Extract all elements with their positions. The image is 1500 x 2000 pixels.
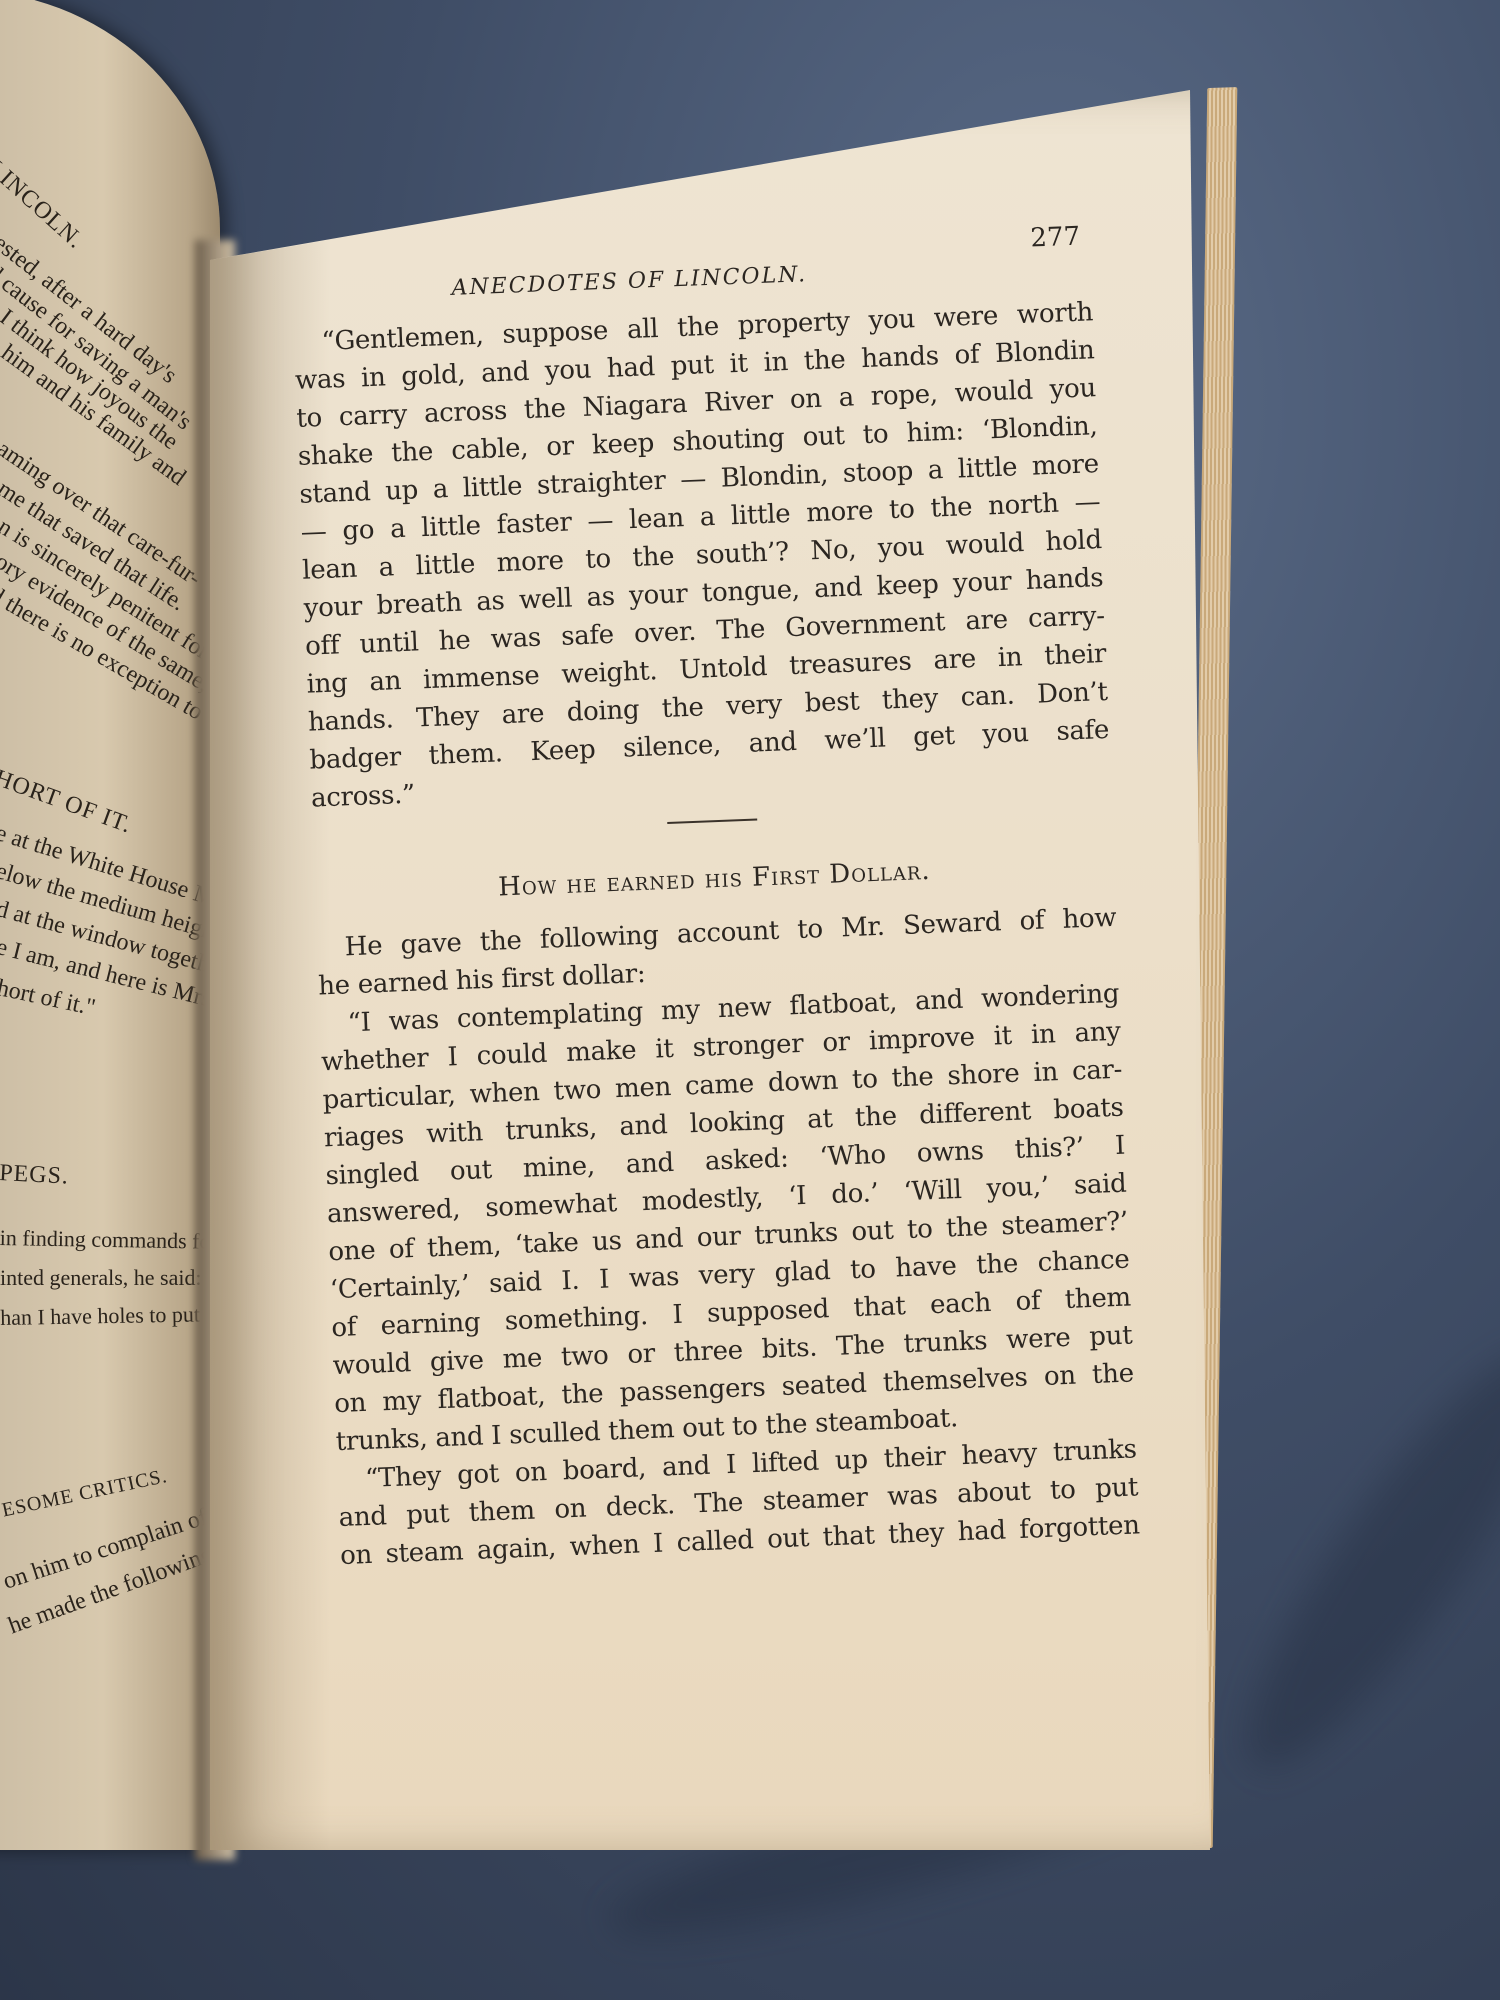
page-number: 277 [1030, 222, 1081, 254]
left-line: in finding commands for [0, 1225, 218, 1255]
cloth-fold [1207, 1321, 1500, 1799]
left-line: inted generals, he said: [0, 1265, 202, 1291]
section-body: He gave the following account to Mr. Sew… [316, 899, 1140, 1575]
running-head-title: ANECDOTES OF LINCOLN. [451, 262, 807, 301]
left-page: LINCOLN. rested, after a hard day's d ca… [0, 0, 220, 1850]
right-page-content: ANECDOTES OF LINCOLN. 277 “Gentlemen, su… [290, 219, 1140, 1575]
left-line: han I have holes to put [0, 1302, 200, 1331]
left-section-title: PEGS. [0, 1160, 70, 1191]
section-divider [667, 818, 757, 823]
section-title: How he earned his First Dollar. [314, 849, 1115, 910]
left-section-title: ESOME CRITICS. [0, 1465, 170, 1523]
quote-block: “Gentlemen, suppose all the property you… [293, 293, 1111, 817]
